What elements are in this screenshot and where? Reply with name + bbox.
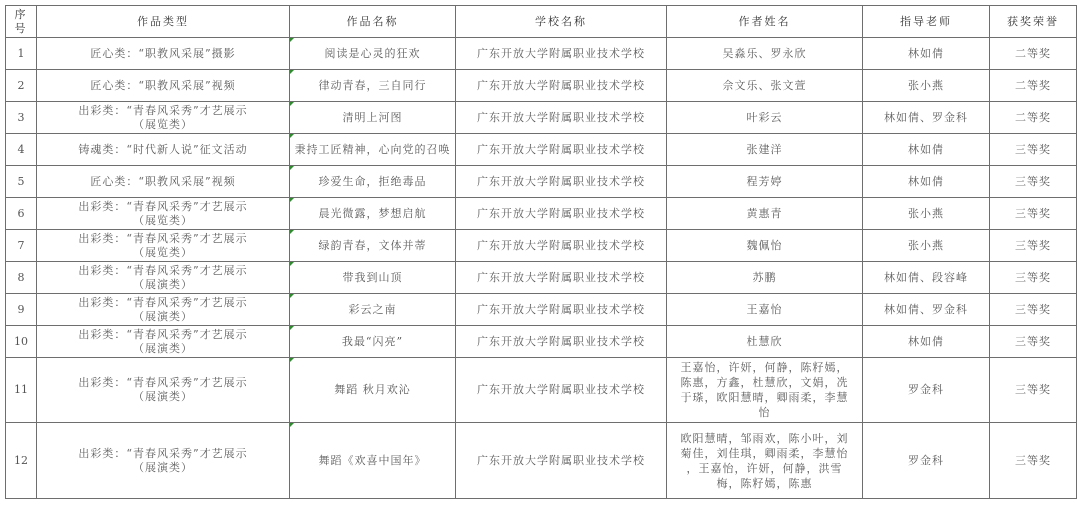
school-text: 广东开放大学附属职业技术学校 bbox=[477, 271, 645, 284]
cell-award: 三等奖 bbox=[990, 294, 1077, 326]
teacher-text: 林如倩 bbox=[908, 335, 944, 348]
cell-school: 广东开放大学附属职业技术学校 bbox=[456, 262, 667, 294]
cell-work: 珍爱生命，拒绝毒品 bbox=[290, 166, 456, 198]
type-text: 匠心类：“职教风采展”摄影 bbox=[41, 47, 285, 61]
school-text: 广东开放大学附属职业技术学校 bbox=[477, 175, 645, 188]
cell-work: 阅读是心灵的狂欢 bbox=[290, 38, 456, 70]
type-text: 铸魂类：“时代新人说”征文活动 bbox=[41, 143, 285, 157]
cell-award: 二等奖 bbox=[990, 70, 1077, 102]
work-text: 秉持工匠精神，心向党的召唤 bbox=[295, 143, 451, 156]
cell-school: 广东开放大学附属职业技术学校 bbox=[456, 230, 667, 262]
cell-school: 广东开放大学附属职业技术学校 bbox=[456, 198, 667, 230]
cell-work: 绿韵青春，文体并蒂 bbox=[290, 230, 456, 262]
teacher-text: 张小燕 bbox=[908, 207, 944, 220]
cell-type: 出彩类：“青春风采秀”才艺展示 （展览类） bbox=[37, 198, 290, 230]
type-text: 出彩类：“青春风采秀”才艺展示 bbox=[41, 200, 285, 214]
header-index: 序号 bbox=[6, 6, 37, 38]
award-text: 三等奖 bbox=[1015, 383, 1051, 396]
cell-school: 广东开放大学附属职业技术学校 bbox=[456, 38, 667, 70]
cell-index: 7 bbox=[6, 230, 37, 262]
authors-text: 王嘉怡 bbox=[747, 303, 783, 316]
school-text: 广东开放大学附属职业技术学校 bbox=[477, 143, 645, 156]
cell-authors: 吴淼乐、罗永欣 bbox=[667, 38, 863, 70]
work-text: 彩云之南 bbox=[349, 303, 397, 316]
index-text: 11 bbox=[14, 383, 28, 396]
cell-award: 三等奖 bbox=[990, 262, 1077, 294]
cell-type: 铸魂类：“时代新人说”征文活动 bbox=[37, 134, 290, 166]
error-indicator-icon bbox=[290, 102, 294, 106]
type-subtext: （展演类） bbox=[41, 310, 285, 324]
type-subtext: （展览类） bbox=[41, 118, 285, 132]
school-text: 广东开放大学附属职业技术学校 bbox=[477, 79, 645, 92]
table-row: 8 出彩类：“青春风采秀”才艺展示 （展演类） 带我到山顶 广东开放大学附属职业… bbox=[6, 262, 1077, 294]
index-text: 9 bbox=[18, 303, 25, 316]
cell-teacher: 张小燕 bbox=[863, 70, 990, 102]
work-text: 律动青春，三自同行 bbox=[319, 79, 427, 92]
type-subtext: （展演类） bbox=[41, 278, 285, 292]
header-work: 作品名称 bbox=[290, 6, 456, 38]
error-indicator-icon bbox=[290, 134, 294, 138]
cell-school: 广东开放大学附属职业技术学校 bbox=[456, 70, 667, 102]
authors-text: 魏佩怡 bbox=[747, 239, 783, 252]
error-indicator-icon bbox=[290, 38, 294, 42]
cell-teacher: 张小燕 bbox=[863, 198, 990, 230]
error-indicator-icon bbox=[290, 166, 294, 170]
award-text: 三等奖 bbox=[1015, 143, 1051, 156]
authors-text: 叶彩云 bbox=[747, 111, 783, 124]
header-type: 作品类型 bbox=[37, 6, 290, 38]
cell-award: 三等奖 bbox=[990, 358, 1077, 423]
cell-school: 广东开放大学附属职业技术学校 bbox=[456, 358, 667, 423]
cell-school: 广东开放大学附属职业技术学校 bbox=[456, 294, 667, 326]
table-row: 12 出彩类：“青春风采秀”才艺展示 （展演类） 舞蹈《欢喜中国年》 广东开放大… bbox=[6, 423, 1077, 499]
cell-index: 8 bbox=[6, 262, 37, 294]
cell-work: 彩云之南 bbox=[290, 294, 456, 326]
work-text: 舞蹈 秋月欢沁 bbox=[334, 383, 411, 396]
cell-award: 三等奖 bbox=[990, 326, 1077, 358]
cell-type: 匠心类：“职教风采展”视频 bbox=[37, 70, 290, 102]
cell-type: 出彩类：“青春风采秀”才艺展示 （展演类） bbox=[37, 423, 290, 499]
cell-award: 三等奖 bbox=[990, 198, 1077, 230]
cell-award: 三等奖 bbox=[990, 134, 1077, 166]
authors-text: 吴淼乐、罗永欣 bbox=[723, 47, 807, 60]
index-text: 4 bbox=[18, 143, 25, 156]
cell-teacher: 林如倩 bbox=[863, 166, 990, 198]
error-indicator-icon bbox=[290, 70, 294, 74]
school-text: 广东开放大学附属职业技术学校 bbox=[477, 383, 645, 396]
cell-index: 10 bbox=[6, 326, 37, 358]
cell-authors: 杜慧欣 bbox=[667, 326, 863, 358]
school-text: 广东开放大学附属职业技术学校 bbox=[477, 47, 645, 60]
cell-type: 出彩类：“青春风采秀”才艺展示 （展演类） bbox=[37, 294, 290, 326]
authors-text: 欧阳慧晴，邹雨欢，陈小叶，刘菊佳，刘佳琪，卿雨柔，李慧怡 ，王嘉怡，许妍，何静，… bbox=[681, 432, 849, 490]
table-row: 10 出彩类：“青春风采秀”才艺展示 （展演类） 我最“闪亮” 广东开放大学附属… bbox=[6, 326, 1077, 358]
cell-authors: 佘文乐、张文萱 bbox=[667, 70, 863, 102]
cell-teacher: 林如倩 bbox=[863, 326, 990, 358]
index-text: 6 bbox=[18, 207, 25, 220]
work-text: 晨光微露，梦想启航 bbox=[319, 207, 427, 220]
work-text: 阅读是心灵的狂欢 bbox=[325, 47, 421, 60]
error-indicator-icon bbox=[290, 198, 294, 202]
index-text: 1 bbox=[18, 47, 25, 60]
award-text: 二等奖 bbox=[1015, 47, 1051, 60]
cell-teacher: 林如倩、罗金科 bbox=[863, 102, 990, 134]
cell-work: 舞蹈《欢喜中国年》 bbox=[290, 423, 456, 499]
cell-award: 三等奖 bbox=[990, 166, 1077, 198]
cell-teacher: 林如倩、段容峰 bbox=[863, 262, 990, 294]
type-subtext: （展演类） bbox=[41, 342, 285, 356]
index-text: 10 bbox=[14, 335, 28, 348]
authors-text: 王嘉怡，许妍，何静，陈籽嫣，陈惠，方鑫，杜慧欣，文娟，冼于瑹，欧阳慧晴，卿雨柔，… bbox=[681, 361, 849, 419]
teacher-text: 罗金科 bbox=[908, 454, 944, 467]
teacher-text: 罗金科 bbox=[908, 383, 944, 396]
cell-index: 1 bbox=[6, 38, 37, 70]
table-row: 3 出彩类：“青春风采秀”才艺展示 （展览类） 清明上河图 广东开放大学附属职业… bbox=[6, 102, 1077, 134]
index-text: 2 bbox=[18, 79, 25, 92]
work-text: 绿韵青春，文体并蒂 bbox=[319, 239, 427, 252]
award-text: 三等奖 bbox=[1015, 454, 1051, 467]
school-text: 广东开放大学附属职业技术学校 bbox=[477, 207, 645, 220]
type-text: 出彩类：“青春风采秀”才艺展示 bbox=[41, 447, 285, 461]
school-text: 广东开放大学附属职业技术学校 bbox=[477, 111, 645, 124]
cell-type: 出彩类：“青春风采秀”才艺展示 （展演类） bbox=[37, 262, 290, 294]
table-row: 1 匠心类：“职教风采展”摄影 阅读是心灵的狂欢 广东开放大学附属职业技术学校 … bbox=[6, 38, 1077, 70]
header-authors: 作者姓名 bbox=[667, 6, 863, 38]
cell-work: 清明上河图 bbox=[290, 102, 456, 134]
error-indicator-icon bbox=[290, 423, 294, 427]
cell-type: 出彩类：“青春风采秀”才艺展示 （展演类） bbox=[37, 358, 290, 423]
cell-work: 律动青春，三自同行 bbox=[290, 70, 456, 102]
work-text: 珍爱生命，拒绝毒品 bbox=[319, 175, 427, 188]
table-row: 4 铸魂类：“时代新人说”征文活动 秉持工匠精神，心向党的召唤 广东开放大学附属… bbox=[6, 134, 1077, 166]
header-award: 获奖荣誉 bbox=[990, 6, 1077, 38]
teacher-text: 林如倩、罗金科 bbox=[884, 111, 968, 124]
header-school: 学校名称 bbox=[456, 6, 667, 38]
error-indicator-icon bbox=[290, 230, 294, 234]
cell-school: 广东开放大学附属职业技术学校 bbox=[456, 134, 667, 166]
cell-teacher: 林如倩 bbox=[863, 134, 990, 166]
award-text: 三等奖 bbox=[1015, 207, 1051, 220]
work-text: 舞蹈《欢喜中国年》 bbox=[319, 454, 427, 467]
cell-index: 5 bbox=[6, 166, 37, 198]
index-text: 12 bbox=[14, 454, 28, 467]
cell-authors: 王嘉怡 bbox=[667, 294, 863, 326]
cell-type: 匠心类：“职教风采展”视频 bbox=[37, 166, 290, 198]
teacher-text: 林如倩 bbox=[908, 175, 944, 188]
index-text: 5 bbox=[18, 175, 25, 188]
cell-authors: 叶彩云 bbox=[667, 102, 863, 134]
type-subtext: （展演类） bbox=[41, 390, 285, 404]
cell-index: 3 bbox=[6, 102, 37, 134]
table-row: 6 出彩类：“青春风采秀”才艺展示 （展览类） 晨光微露，梦想启航 广东开放大学… bbox=[6, 198, 1077, 230]
type-text: 出彩类：“青春风采秀”才艺展示 bbox=[41, 232, 285, 246]
type-text: 出彩类：“青春风采秀”才艺展示 bbox=[41, 376, 285, 390]
award-text: 三等奖 bbox=[1015, 303, 1051, 316]
teacher-text: 林如倩 bbox=[908, 143, 944, 156]
authors-text: 程芳婷 bbox=[747, 175, 783, 188]
cell-school: 广东开放大学附属职业技术学校 bbox=[456, 423, 667, 499]
cell-work: 我最“闪亮” bbox=[290, 326, 456, 358]
cell-teacher: 林如倩、罗金科 bbox=[863, 294, 990, 326]
cell-award: 二等奖 bbox=[990, 102, 1077, 134]
type-text: 出彩类：“青春风采秀”才艺展示 bbox=[41, 296, 285, 310]
cell-teacher: 罗金科 bbox=[863, 423, 990, 499]
type-text: 出彩类：“青春风采秀”才艺展示 bbox=[41, 264, 285, 278]
cell-school: 广东开放大学附属职业技术学校 bbox=[456, 102, 667, 134]
cell-authors: 王嘉怡，许妍，何静，陈籽嫣，陈惠，方鑫，杜慧欣，文娟，冼于瑹，欧阳慧晴，卿雨柔，… bbox=[667, 358, 863, 423]
cell-award: 三等奖 bbox=[990, 423, 1077, 499]
school-text: 广东开放大学附属职业技术学校 bbox=[477, 239, 645, 252]
cell-school: 广东开放大学附属职业技术学校 bbox=[456, 166, 667, 198]
cell-type: 出彩类：“青春风采秀”才艺展示 （展演类） bbox=[37, 326, 290, 358]
work-text: 清明上河图 bbox=[343, 111, 403, 124]
cell-index: 12 bbox=[6, 423, 37, 499]
cell-authors: 张建洋 bbox=[667, 134, 863, 166]
teacher-text: 林如倩、罗金科 bbox=[884, 303, 968, 316]
award-text: 三等奖 bbox=[1015, 239, 1051, 252]
header-row: 序号 作品类型 作品名称 学校名称 作者姓名 指导老师 获奖荣誉 bbox=[6, 6, 1077, 38]
type-subtext: （展演类） bbox=[41, 461, 285, 475]
cell-authors: 苏鹏 bbox=[667, 262, 863, 294]
teacher-text: 张小燕 bbox=[908, 239, 944, 252]
cell-authors: 魏佩怡 bbox=[667, 230, 863, 262]
table-body: 1 匠心类：“职教风采展”摄影 阅读是心灵的狂欢 广东开放大学附属职业技术学校 … bbox=[6, 38, 1077, 499]
award-text: 二等奖 bbox=[1015, 111, 1051, 124]
cell-teacher: 罗金科 bbox=[863, 358, 990, 423]
cell-authors: 黄惠青 bbox=[667, 198, 863, 230]
type-subtext: （展览类） bbox=[41, 246, 285, 260]
cell-teacher: 林如倩 bbox=[863, 38, 990, 70]
authors-text: 佘文乐、张文萱 bbox=[723, 79, 807, 92]
cell-index: 2 bbox=[6, 70, 37, 102]
cell-award: 二等奖 bbox=[990, 38, 1077, 70]
cell-work: 舞蹈 秋月欢沁 bbox=[290, 358, 456, 423]
cell-index: 6 bbox=[6, 198, 37, 230]
teacher-text: 林如倩 bbox=[908, 47, 944, 60]
cell-work: 晨光微露，梦想启航 bbox=[290, 198, 456, 230]
type-subtext: （展览类） bbox=[41, 214, 285, 228]
cell-type: 匠心类：“职教风采展”摄影 bbox=[37, 38, 290, 70]
cell-type: 出彩类：“青春风采秀”才艺展示 （展览类） bbox=[37, 102, 290, 134]
school-text: 广东开放大学附属职业技术学校 bbox=[477, 454, 645, 467]
cell-award: 三等奖 bbox=[990, 230, 1077, 262]
school-text: 广东开放大学附属职业技术学校 bbox=[477, 335, 645, 348]
index-text: 7 bbox=[18, 239, 25, 252]
cell-index: 4 bbox=[6, 134, 37, 166]
authors-text: 黄惠青 bbox=[747, 207, 783, 220]
error-indicator-icon bbox=[290, 294, 294, 298]
header-teacher: 指导老师 bbox=[863, 6, 990, 38]
award-text: 三等奖 bbox=[1015, 175, 1051, 188]
authors-text: 张建洋 bbox=[747, 143, 783, 156]
index-text: 8 bbox=[18, 271, 25, 284]
teacher-text: 林如倩、段容峰 bbox=[884, 271, 968, 284]
table-row: 7 出彩类：“青春风采秀”才艺展示 （展览类） 绿韵青春，文体并蒂 广东开放大学… bbox=[6, 230, 1077, 262]
table-row: 11 出彩类：“青春风采秀”才艺展示 （展演类） 舞蹈 秋月欢沁 广东开放大学附… bbox=[6, 358, 1077, 423]
cell-work: 秉持工匠精神，心向党的召唤 bbox=[290, 134, 456, 166]
cell-type: 出彩类：“青春风采秀”才艺展示 （展览类） bbox=[37, 230, 290, 262]
index-text: 3 bbox=[18, 111, 25, 124]
authors-text: 苏鹏 bbox=[753, 271, 777, 284]
award-text: 三等奖 bbox=[1015, 271, 1051, 284]
table-row: 9 出彩类：“青春风采秀”才艺展示 （展演类） 彩云之南 广东开放大学附属职业技… bbox=[6, 294, 1077, 326]
cell-authors: 程芳婷 bbox=[667, 166, 863, 198]
award-text: 二等奖 bbox=[1015, 79, 1051, 92]
award-text: 三等奖 bbox=[1015, 335, 1051, 348]
work-text: 我最“闪亮” bbox=[342, 335, 403, 348]
table-row: 5 匠心类：“职教风采展”视频 珍爱生命，拒绝毒品 广东开放大学附属职业技术学校… bbox=[6, 166, 1077, 198]
error-indicator-icon bbox=[290, 262, 294, 266]
authors-text: 杜慧欣 bbox=[747, 335, 783, 348]
cell-school: 广东开放大学附属职业技术学校 bbox=[456, 326, 667, 358]
table-row: 2 匠心类：“职教风采展”视频 律动青春，三自同行 广东开放大学附属职业技术学校… bbox=[6, 70, 1077, 102]
type-text: 出彩类：“青春风采秀”才艺展示 bbox=[41, 104, 285, 118]
error-indicator-icon bbox=[290, 326, 294, 330]
type-text: 匠心类：“职教风采展”视频 bbox=[41, 79, 285, 93]
award-results-table: 序号 作品类型 作品名称 学校名称 作者姓名 指导老师 获奖荣誉 1 匠心类：“… bbox=[5, 5, 1077, 499]
work-text: 带我到山顶 bbox=[343, 271, 403, 284]
teacher-text: 张小燕 bbox=[908, 79, 944, 92]
error-indicator-icon bbox=[290, 358, 294, 362]
cell-index: 9 bbox=[6, 294, 37, 326]
cell-authors: 欧阳慧晴，邹雨欢，陈小叶，刘菊佳，刘佳琪，卿雨柔，李慧怡 ，王嘉怡，许妍，何静，… bbox=[667, 423, 863, 499]
cell-index: 11 bbox=[6, 358, 37, 423]
type-text: 出彩类：“青春风采秀”才艺展示 bbox=[41, 328, 285, 342]
cell-teacher: 张小燕 bbox=[863, 230, 990, 262]
type-text: 匠心类：“职教风采展”视频 bbox=[41, 175, 285, 189]
cell-work: 带我到山顶 bbox=[290, 262, 456, 294]
school-text: 广东开放大学附属职业技术学校 bbox=[477, 303, 645, 316]
